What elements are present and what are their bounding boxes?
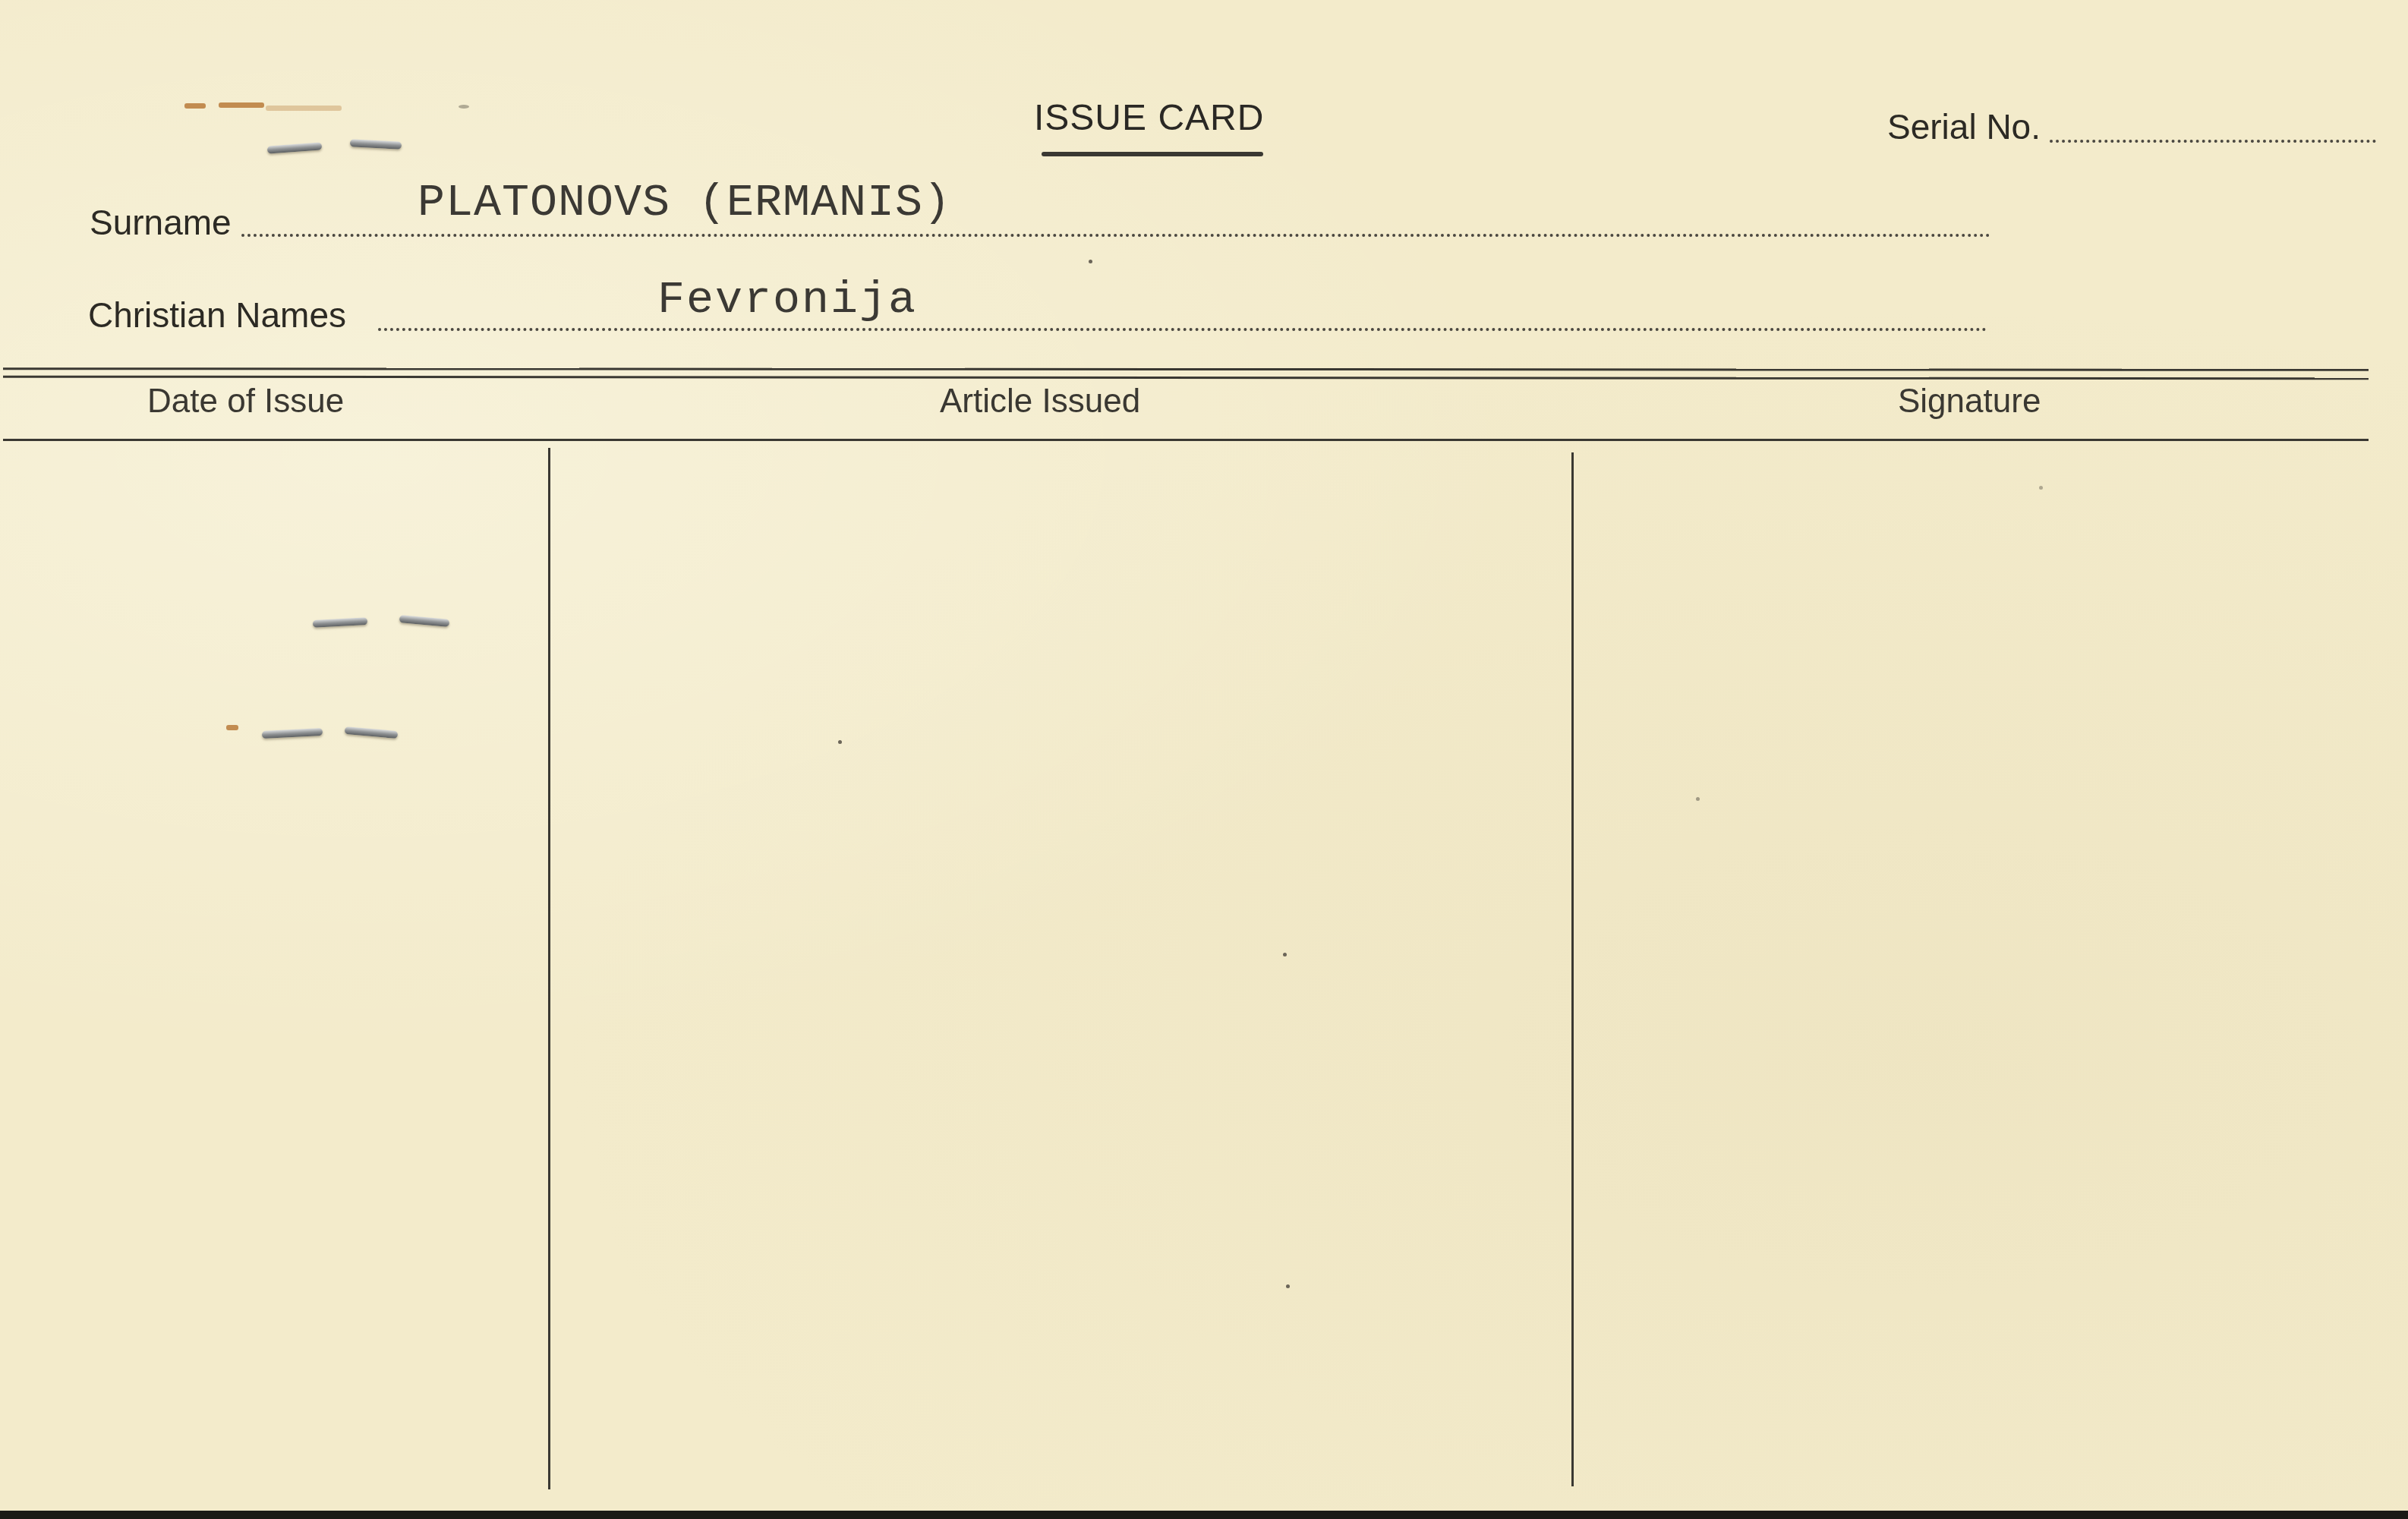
christian-names-field-line [378,328,1987,331]
double-rule-top [3,367,2369,371]
ink-speck [1696,797,1700,801]
rust-mark [219,102,264,108]
ink-speck [459,105,469,109]
double-rule-bottom [3,376,2369,380]
column-header-date-of-issue: Date of Issue [147,383,344,421]
serial-no-label: Serial No. [1887,106,2041,147]
rust-mark [226,725,238,730]
title-underline [1042,152,1263,156]
christian-names-label: Christian Names [88,295,346,336]
surname-field-line [241,234,1991,237]
ink-speck [838,740,842,744]
staple-icon [313,617,367,628]
column-divider-1 [548,448,550,1489]
header-rule [3,439,2369,441]
ink-speck [1286,1284,1290,1288]
issue-card: ISSUE CARD Serial No. Surname PLATONOVS … [0,0,2408,1511]
staple-icon [399,615,450,627]
surname-label: Surname [90,202,232,243]
rust-mark [184,103,206,109]
ink-speck [1089,260,1092,263]
ink-speck [1283,953,1287,956]
serial-no-field[interactable] [2050,140,2376,143]
staple-icon [262,728,323,739]
column-divider-2 [1571,452,1574,1486]
column-header-article-issued: Article Issued [940,383,1140,421]
ink-speck [2039,486,2043,490]
card-title: ISSUE CARD [1034,97,1264,139]
staple-icon [350,139,402,150]
surname-value: PLATONOVS (ERMANIS) [418,178,951,229]
staple-icon [345,726,399,739]
christian-names-value: Fevronija [657,275,917,326]
column-header-signature: Signature [1898,383,2041,421]
staple-icon [267,143,323,154]
rust-mark [266,106,342,111]
